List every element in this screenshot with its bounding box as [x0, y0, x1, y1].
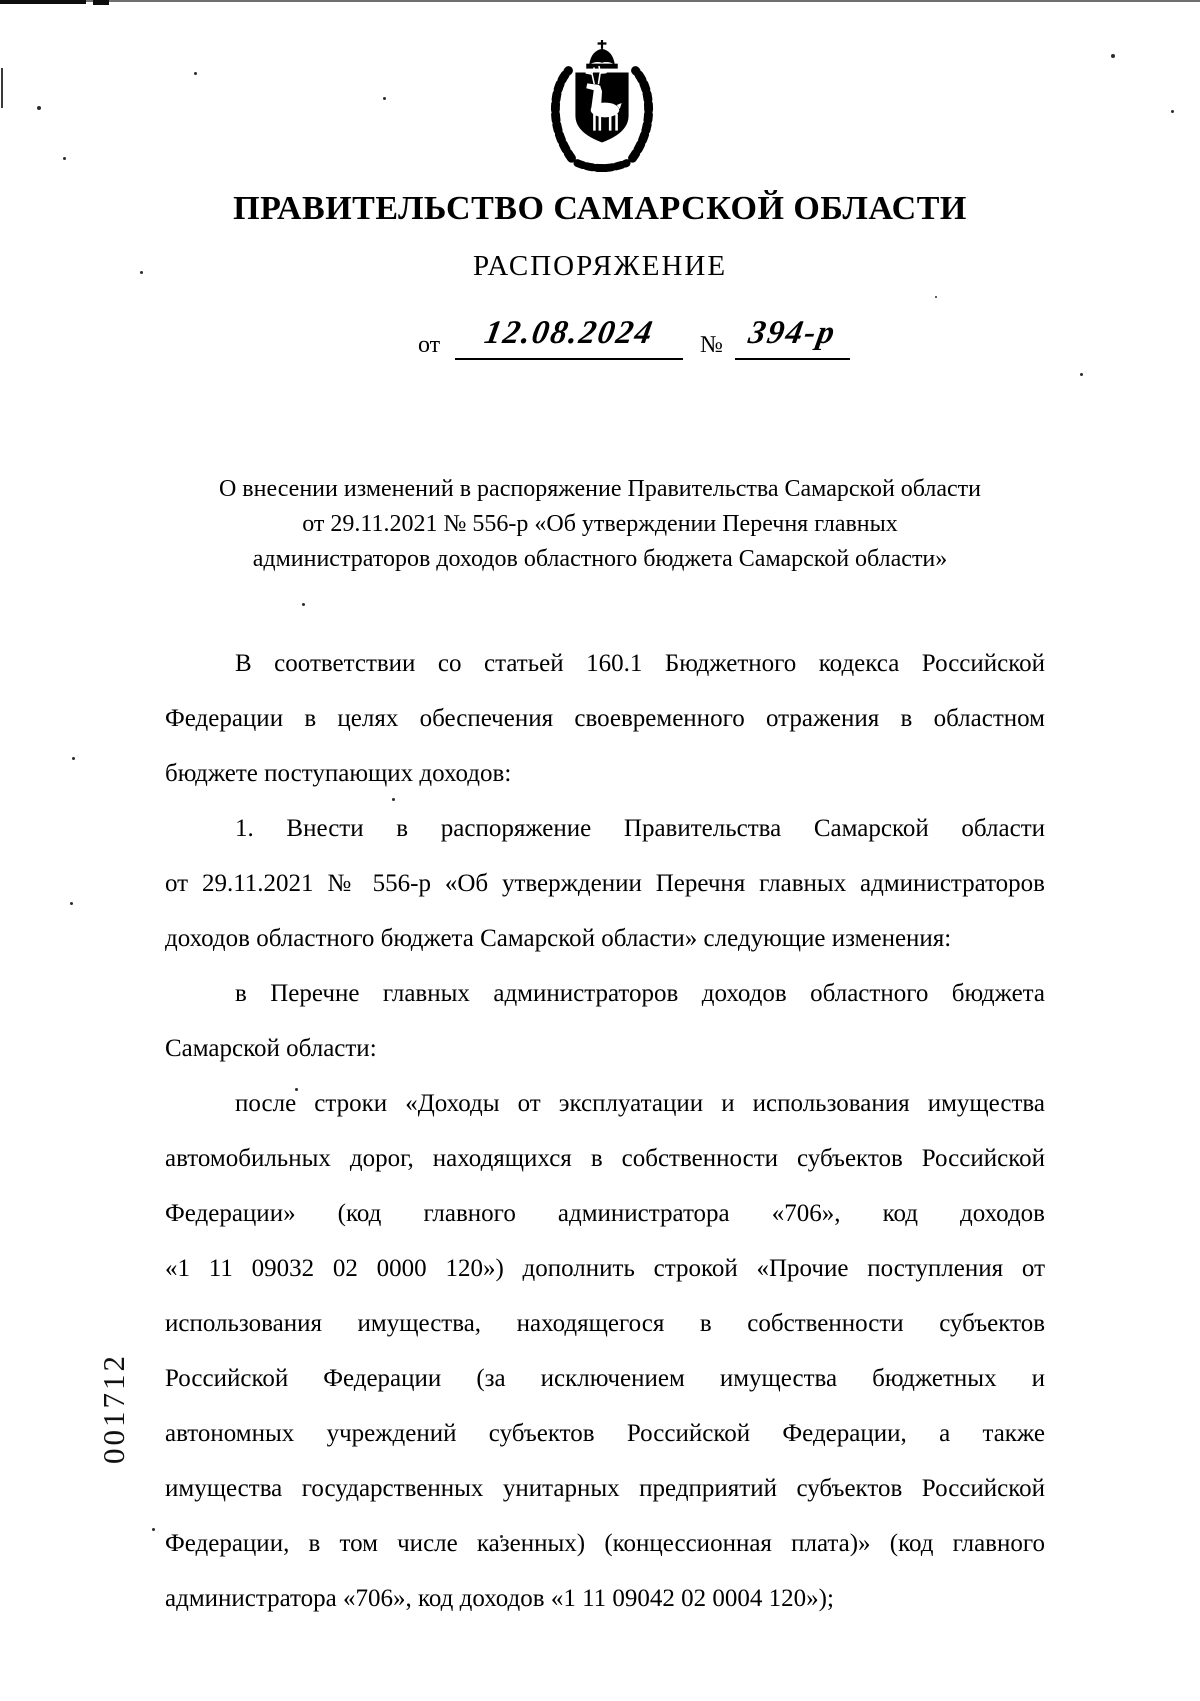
scan-noise-speck: [302, 603, 305, 606]
body-line: автономных учреждений субъектов Российск…: [165, 1406, 1045, 1461]
scan-noise-speck: [140, 271, 143, 274]
scan-edge-artifact: [1, 68, 3, 108]
scan-noise-speck: [194, 72, 197, 75]
document-subject: О внесении изменений в распоряжение Прав…: [150, 472, 1050, 577]
number-sign-label: №: [700, 332, 723, 359]
scan-edge-artifact: [93, 0, 109, 5]
scan-noise-speck: [935, 296, 937, 298]
body-line: «1 11 09032 02 0000 120») дополнить стро…: [165, 1241, 1045, 1296]
body-line: автомобильных дорог, находящихся в собст…: [165, 1131, 1045, 1186]
body-line: доходов областного бюджета Самарской обл…: [165, 911, 1045, 966]
scan-noise-speck: [72, 757, 75, 760]
document-type-title: РАСПОРЯЖЕНИЕ: [0, 250, 1200, 283]
body-line: бюджете поступающих доходов:: [165, 746, 1045, 801]
body-line: Федерации» (код главного администратора …: [165, 1186, 1045, 1241]
samara-coat-of-arms-icon: [538, 38, 666, 176]
scan-noise-speck: [152, 1528, 155, 1531]
subject-line: О внесении изменений в распоряжение Прав…: [150, 472, 1050, 507]
scan-noise-speck: [63, 157, 66, 160]
scan-noise-speck: [1111, 54, 1115, 58]
body-line: Российской Федерации (за исключением иму…: [165, 1351, 1045, 1406]
docket-number: 001712: [96, 1353, 132, 1464]
body-line: 1. Внести в распоряжение Правительства С…: [165, 801, 1045, 856]
body-line: в Перечне главных администраторов доходо…: [165, 966, 1045, 1021]
organization-title: ПРАВИТЕЛЬСТВО САМАРСКОЙ ОБЛАСТИ: [0, 190, 1200, 228]
document-body: В соответствии со статьей 160.1 Бюджетно…: [165, 636, 1045, 1626]
scan-noise-speck: [70, 902, 73, 905]
body-line: Федерации, в том числе казенных) (концес…: [165, 1516, 1045, 1571]
scan-noise-speck: [295, 1088, 298, 1091]
date-prefix-label: от: [418, 332, 440, 359]
body-line: администратора «706», код доходов «1 11 …: [165, 1571, 1045, 1626]
scan-noise-speck: [37, 106, 41, 110]
scan-noise-speck: [500, 1535, 503, 1538]
body-line: имущества государственных унитарных пред…: [165, 1461, 1045, 1516]
scan-edge-artifact: [0, 0, 86, 4]
body-line: после строки «Доходы от эксплуатации и и…: [165, 1076, 1045, 1131]
body-line: от 29.11.2021 № 556-р «Об утверждении Пе…: [165, 856, 1045, 911]
subject-line: администраторов доходов областного бюдже…: [150, 542, 1050, 577]
body-line: В соответствии со статьей 160.1 Бюджетно…: [165, 636, 1045, 691]
scan-noise-speck: [392, 798, 395, 801]
scan-edge-artifact: [0, 0, 1200, 2]
handwritten-date: 12.08.2024: [480, 308, 657, 358]
date-number-row: от 12.08.2024 № 394-р: [0, 308, 1200, 368]
number-field: 394-р: [735, 308, 850, 360]
body-line: использования имущества, находящегося в …: [165, 1296, 1045, 1351]
subject-line: от 29.11.2021 № 556-р «Об утверждении Пе…: [150, 507, 1050, 542]
body-line: Федерации в целях обеспечения своевремен…: [165, 691, 1045, 746]
scan-noise-speck: [243, 662, 245, 664]
scan-noise-speck: [1080, 373, 1083, 376]
date-field: 12.08.2024: [455, 308, 683, 360]
body-line: Самарской области:: [165, 1021, 1045, 1076]
scan-noise-speck: [1171, 110, 1174, 113]
scan-noise-speck: [383, 97, 386, 100]
scanned-document-page: ПРАВИТЕЛЬСТВО САМАРСКОЙ ОБЛАСТИ РАСПОРЯЖ…: [0, 0, 1200, 1701]
handwritten-number: 394-р: [745, 308, 841, 358]
